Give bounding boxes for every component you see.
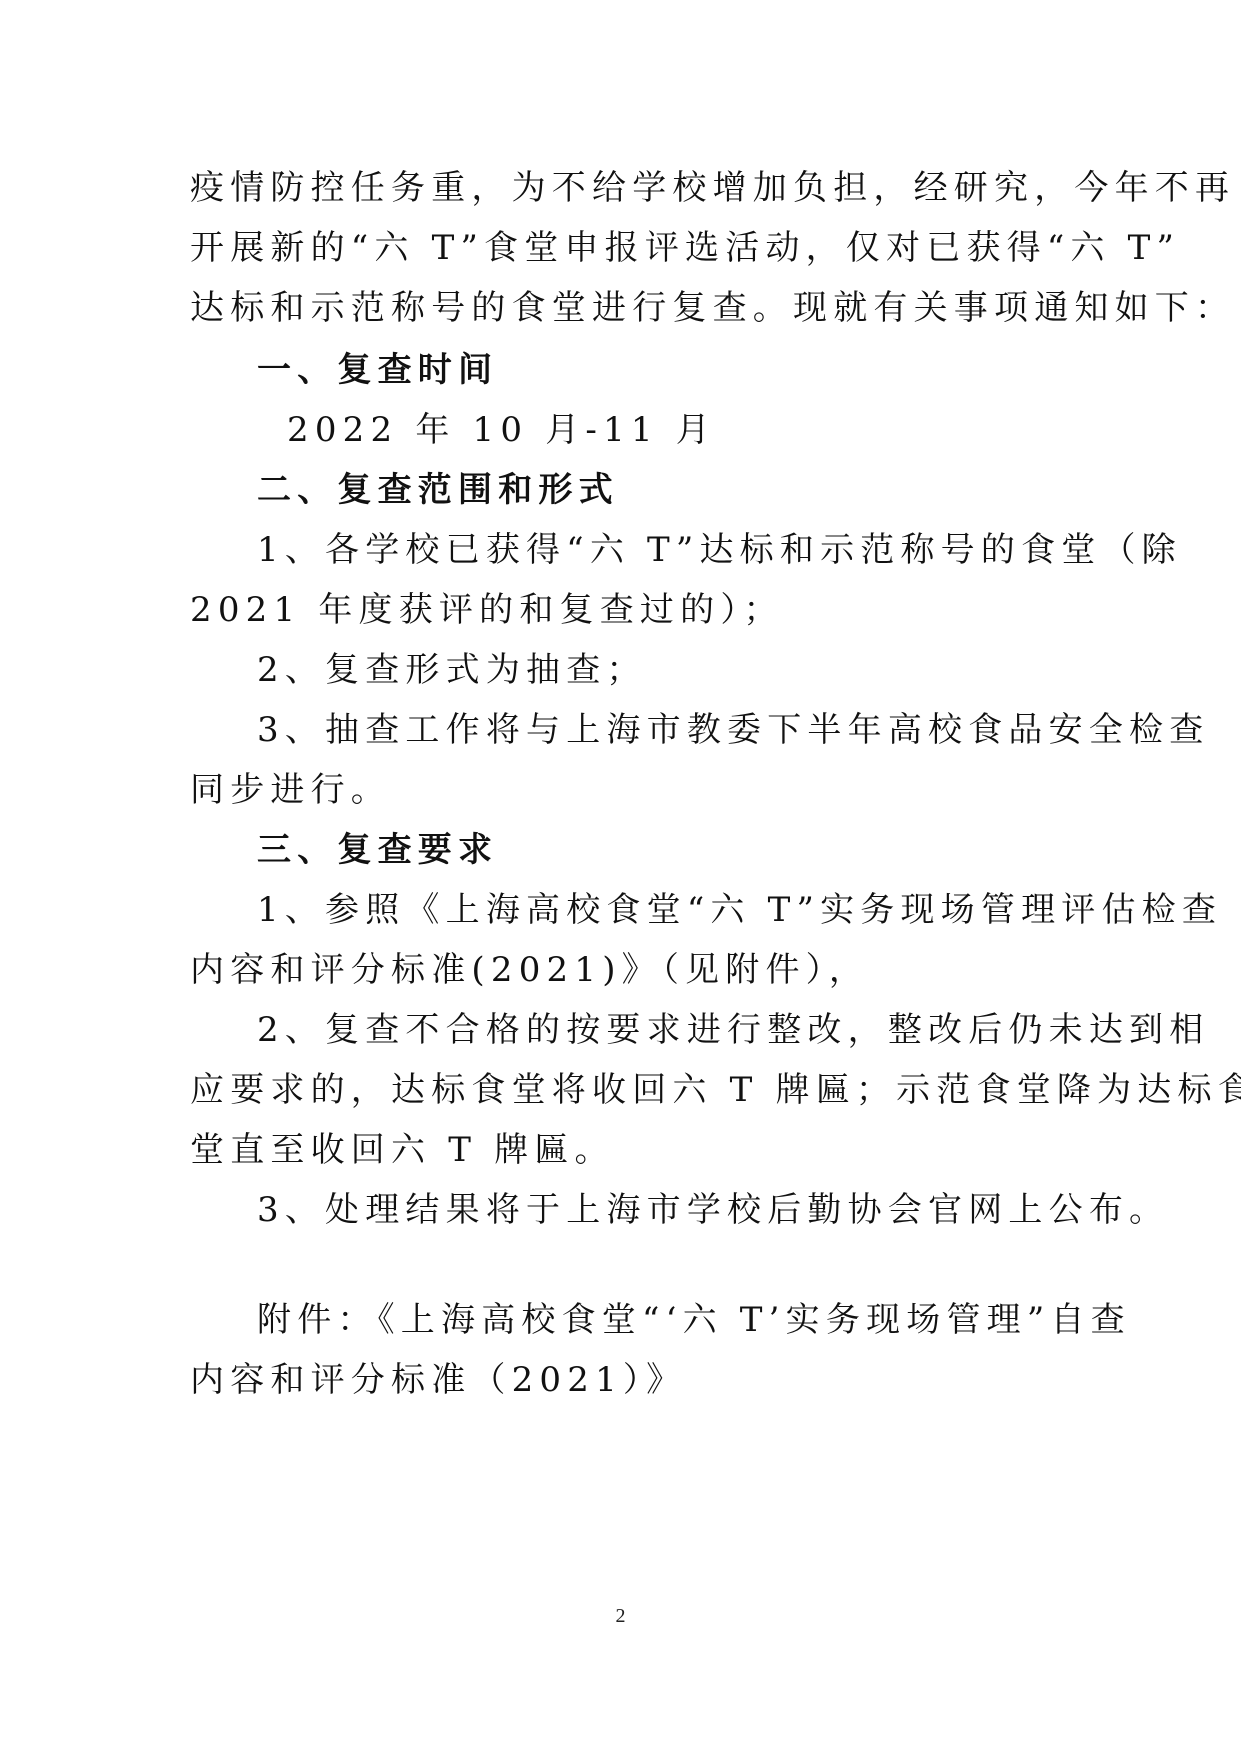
intro-line-1: 疫情防控任务重，为不给学校增加负担，经研究，今年不再: [190, 158, 1052, 218]
document-page: 疫情防控任务重，为不给学校增加负担，经研究，今年不再 开展新的“六 T”食堂申报…: [0, 0, 1241, 1754]
scope-item-3-line-1: 3、抽查工作将与上海市教委下半年高校食品安全检查: [257, 700, 1052, 760]
requirement-1-line-2: 内容和评分标准(2021)》（见附件），: [190, 940, 1052, 1000]
section-heading-review-time: 一、复查时间: [257, 340, 1052, 400]
attachment-line-1: 附件：《上海高校食堂“‘六 T’实务现场管理”自查: [257, 1290, 1052, 1350]
requirement-2-line-1: 2、复查不合格的按要求进行整改，整改后仍未达到相: [257, 1000, 1052, 1060]
intro-line-3: 达标和示范称号的食堂进行复查。现就有关事项通知如下：: [190, 278, 1052, 338]
scope-item-1-line-1: 1、各学校已获得“六 T”达标和示范称号的食堂（除: [257, 520, 1052, 580]
scope-item-2: 2、复查形式为抽查；: [257, 640, 1052, 700]
intro-line-2: 开展新的“六 T”食堂申报评选活动，仅对已获得“六 T”: [190, 218, 1052, 278]
requirement-1-line-1: 1、参照《上海高校食堂“六 T”实务现场管理评估检查: [257, 880, 1052, 940]
review-date-range: 2022 年 10 月-11 月: [287, 400, 1149, 460]
requirement-2-line-2: 应要求的，达标食堂将收回六 T 牌匾；示范食堂降为达标食: [190, 1060, 1052, 1120]
section-heading-scope-form: 二、复查范围和形式: [257, 460, 1052, 520]
requirement-2-line-3: 堂直至收回六 T 牌匾。: [190, 1120, 1052, 1180]
requirement-3: 3、处理结果将于上海市学校后勤协会官网上公布。: [257, 1180, 1052, 1240]
scope-item-3-line-2: 同步进行。: [190, 760, 1052, 820]
page-number: 2: [0, 1605, 1241, 1628]
attachment-line-2: 内容和评分标准（2021）》: [190, 1350, 1052, 1410]
scope-item-1-line-2: 2021 年度获评的和复查过的）；: [190, 580, 1052, 640]
section-heading-requirements: 三、复查要求: [257, 820, 1052, 880]
